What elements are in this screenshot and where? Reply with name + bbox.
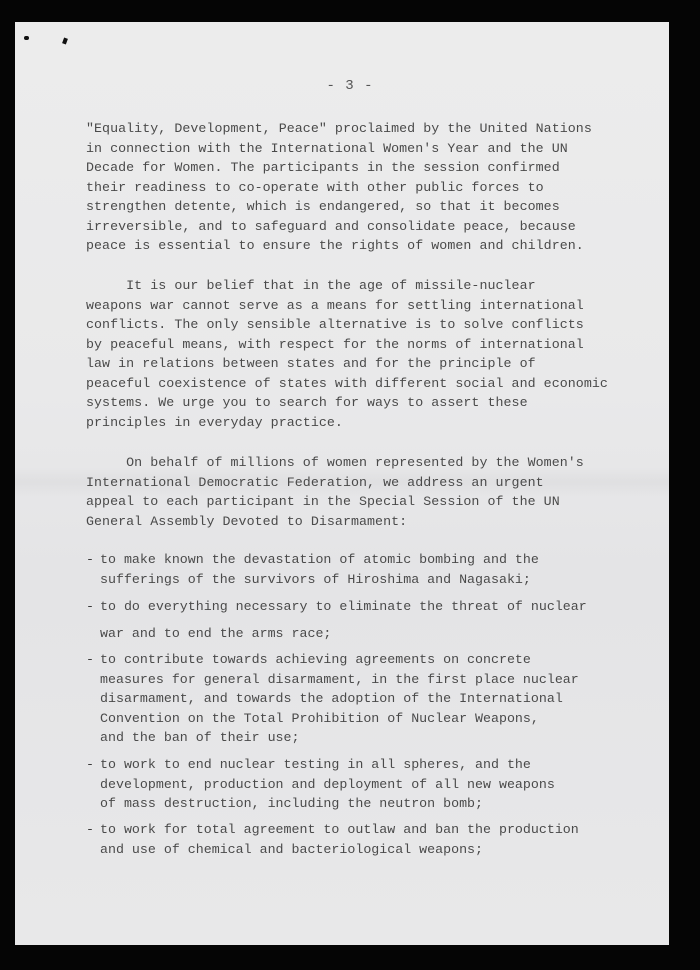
bullet-item-line: to do everything necessary to eliminate …	[100, 597, 587, 617]
paragraph-line: It is our belief that in the age of miss…	[86, 276, 536, 296]
bullet-item-line: to work for total agreement to outlaw an…	[100, 820, 579, 840]
paragraph-line: "Equality, Development, Peace" proclaime…	[86, 119, 592, 139]
paragraph-line: peaceful coexistence of states with diff…	[86, 374, 608, 394]
bullet-item-line: development, production and deployment o…	[100, 775, 555, 795]
paragraph-line: in connection with the International Wom…	[86, 139, 568, 159]
paragraph-line: weapons war cannot serve as a means for …	[86, 296, 584, 316]
paragraph-line: Decade for Women. The participants in th…	[86, 158, 560, 178]
bullet-item-line: and the ban of their use;	[100, 728, 300, 748]
bullet-marker: -	[86, 550, 94, 570]
paragraph-line: conflicts. The only sensible alternative…	[86, 315, 584, 335]
bullet-marker: -	[86, 597, 94, 617]
paragraph-line: General Assembly Devoted to Disarmament:	[86, 512, 407, 532]
bullet-marker: -	[86, 650, 94, 670]
paragraph-line: principles in everyday practice.	[86, 413, 343, 433]
bullet-marker: -	[86, 755, 94, 775]
bullet-item-line: Convention on the Total Prohibition of N…	[100, 709, 539, 729]
staple-mark	[24, 36, 29, 40]
paragraph-line: law in relations between states and for …	[86, 354, 536, 374]
paragraph-line: peace is essential to ensure the rights …	[86, 236, 584, 256]
bullet-item-line: to contribute towards achieving agreemen…	[100, 650, 531, 670]
bullet-marker: -	[86, 820, 94, 840]
bullet-item-line: of mass destruction, including the neutr…	[100, 794, 483, 814]
paragraph-line: irreversible, and to safeguard and conso…	[86, 217, 576, 237]
bullet-item-line: to work to end nuclear testing in all sp…	[100, 755, 531, 775]
paragraph-line: appeal to each participant in the Specia…	[86, 492, 560, 512]
bullet-item-line: and use of chemical and bacteriological …	[100, 840, 483, 860]
paragraph-line: International Democratic Federation, we …	[86, 473, 544, 493]
paragraph-line: systems. We urge you to search for ways …	[86, 393, 528, 413]
paragraph-line: their readiness to co-operate with other…	[86, 178, 544, 198]
page-number: - 3 -	[0, 78, 700, 94]
bullet-item-line: sufferings of the survivors of Hiroshima…	[100, 570, 531, 590]
bullet-item-line: disarmament, and towards the adoption of…	[100, 689, 563, 709]
paragraph-line: by peaceful means, with respect for the …	[86, 335, 584, 355]
bullet-item-line: war and to end the arms race;	[100, 624, 331, 644]
bullet-item-line: measures for general disarmament, in the…	[100, 670, 579, 690]
bullet-item-line: to make known the devastation of atomic …	[100, 550, 539, 570]
paragraph-line: On behalf of millions of women represent…	[86, 453, 584, 473]
paragraph-line: strengthen detente, which is endangered,…	[86, 197, 560, 217]
